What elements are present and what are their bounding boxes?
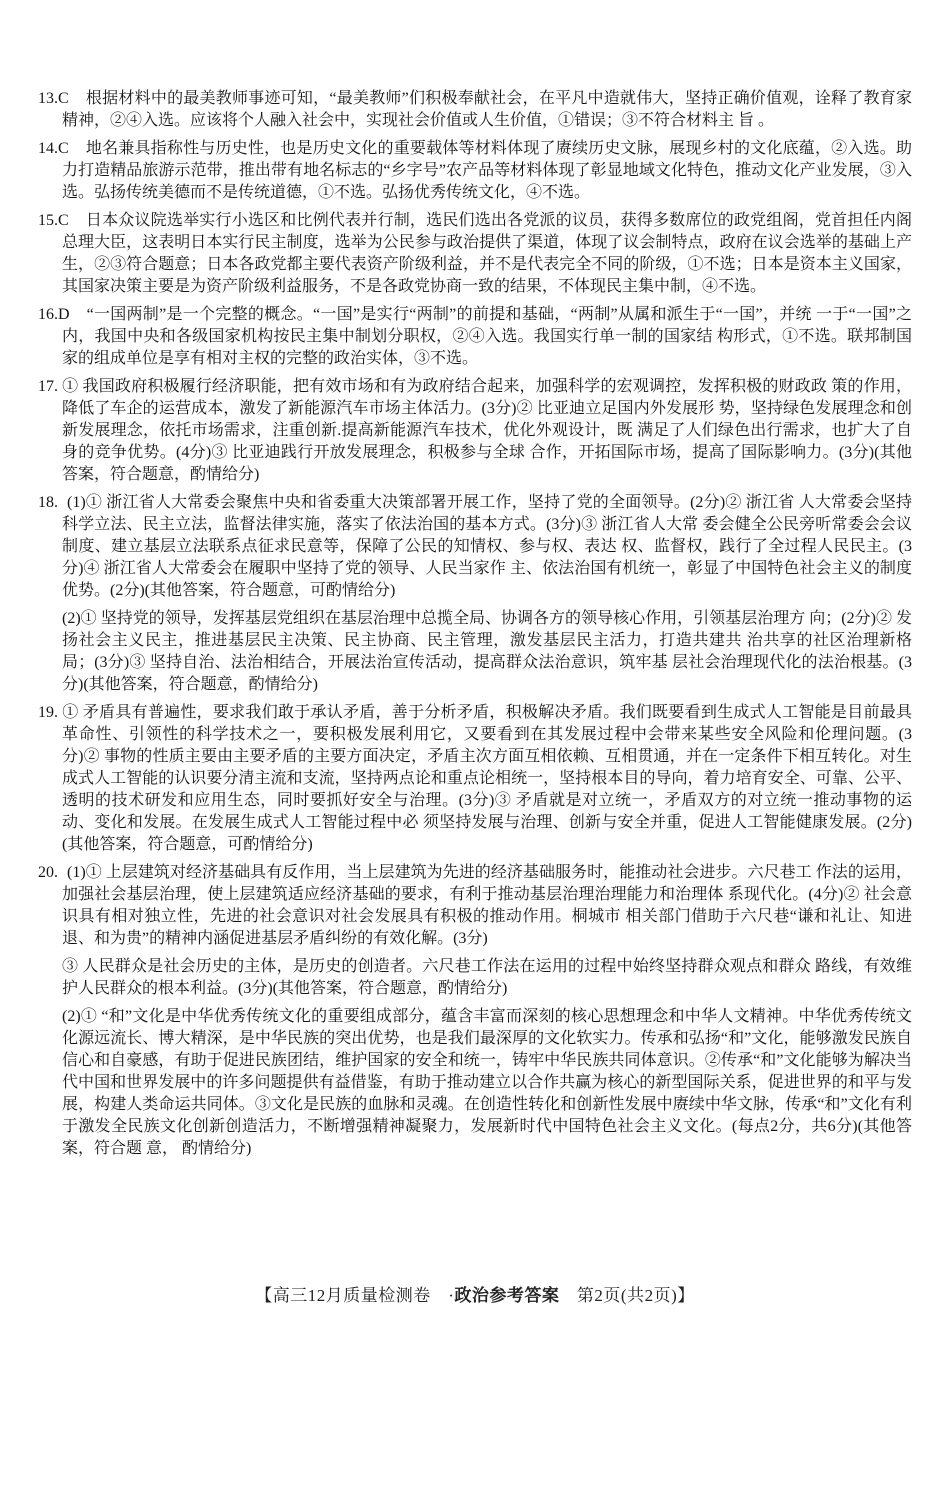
- item-number: 17.: [38, 378, 58, 395]
- item-number: 14.C: [38, 140, 69, 157]
- answer-sheet-content: 13.C根据材料中的最美教师事迹可知，“最美教师”们积极奉献社会，在平凡中造就伟…: [38, 88, 912, 1166]
- answer-item-20-part1: 20.(1)① 上层建筑对经济基础具有反作用，当上层建筑为先进的经济基础服务时，…: [38, 862, 912, 950]
- item-text: “一国两制”是一个完整的概念。“一国”是实行“两制”的前提和基础，“两制”从属和…: [62, 306, 912, 367]
- answer-item-18-part1: 18.(1)① 浙江省人大常委会聚焦中央和省委重大决策部署开展工作，坚持了党的全…: [38, 492, 912, 602]
- item-number: 16.D: [38, 306, 70, 323]
- answer-item-14: 14.C地名兼具指称性与历史性，也是历史文化的重要载体等材料体现了赓续历史文脉，…: [38, 138, 912, 204]
- item-text: (2)① 坚持党的领导，发挥基层党组织在基层治理中总揽全局、协调各方的领导核心作…: [62, 610, 912, 693]
- item-number: 20.: [38, 864, 58, 881]
- answer-item-13: 13.C根据材料中的最美教师事迹可知，“最美教师”们积极奉献社会，在平凡中造就伟…: [38, 88, 912, 132]
- item-number: 19.: [38, 704, 58, 721]
- item-text: 根据材料中的最美教师事迹可知，“最美教师”们积极奉献社会，在平凡中造就伟大，坚持…: [62, 90, 912, 129]
- answer-item-16: 16.D“一国两制”是一个完整的概念。“一国”是实行“两制”的前提和基础，“两制…: [38, 304, 912, 370]
- footer-page-number: 第2页(共2页)】: [559, 1286, 694, 1305]
- answer-item-20-part1-point3: ③ 人民群众是社会历史的主体，是历史的创造者。六尺巷工作法在运用的过程中始终坚持…: [38, 956, 912, 1000]
- footer-exam-name: 【高三12月质量检测卷 ·: [255, 1286, 454, 1305]
- page-footer: 【高三12月质量检测卷 ·政治参考答案 第2页(共2页)】: [0, 1281, 950, 1306]
- item-number: 18.: [38, 494, 58, 511]
- answer-item-15: 15.C日本众议院选举实行小选区和比例代表并行制，选民们选出各党派的议员，获得多…: [38, 210, 912, 298]
- item-text: 地名兼具指称性与历史性，也是历史文化的重要载体等材料体现了赓续历史文脉，展现乡村…: [62, 140, 912, 201]
- item-text: 日本众议院选举实行小选区和比例代表并行制，选民们选出各党派的议员，获得多数席位的…: [62, 212, 912, 295]
- answer-item-20-part2: (2)① “和”文化是中华优秀传统文化的重要组成部分，蕴含丰富而深刻的核心思想理…: [38, 1006, 912, 1160]
- footer-subject-title: 政治参考答案: [454, 1286, 559, 1305]
- item-text: ① 我国政府积极履行经济职能，把有效市场和有为政府结合起来，加强科学的宏观调控，…: [62, 378, 912, 483]
- answer-item-18-part2: (2)① 坚持党的领导，发挥基层党组织在基层治理中总揽全局、协调各方的领导核心作…: [38, 608, 912, 696]
- answer-item-19: 19.① 矛盾具有普遍性，要求我们敢于承认矛盾，善于分析矛盾，积极解决矛盾。我们…: [38, 702, 912, 856]
- item-text: ① 矛盾具有普遍性，要求我们敢于承认矛盾，善于分析矛盾，积极解决矛盾。我们既要看…: [62, 704, 912, 853]
- item-text: ③ 人民群众是社会历史的主体，是历史的创造者。六尺巷工作法在运用的过程中始终坚持…: [62, 958, 912, 997]
- item-text: (2)① “和”文化是中华优秀传统文化的重要组成部分，蕴含丰富而深刻的核心思想理…: [62, 1008, 912, 1157]
- item-text: (1)① 上层建筑对经济基础具有反作用，当上层建筑为先进的经济基础服务时，能推动…: [62, 864, 912, 947]
- item-number: 13.C: [38, 90, 69, 107]
- item-number: 15.C: [38, 212, 69, 229]
- item-text: (1)① 浙江省人大常委会聚焦中央和省委重大决策部署开展工作，坚持了党的全面领导…: [62, 494, 912, 599]
- answer-item-17: 17.① 我国政府积极履行经济职能，把有效市场和有为政府结合起来，加强科学的宏观…: [38, 376, 912, 486]
